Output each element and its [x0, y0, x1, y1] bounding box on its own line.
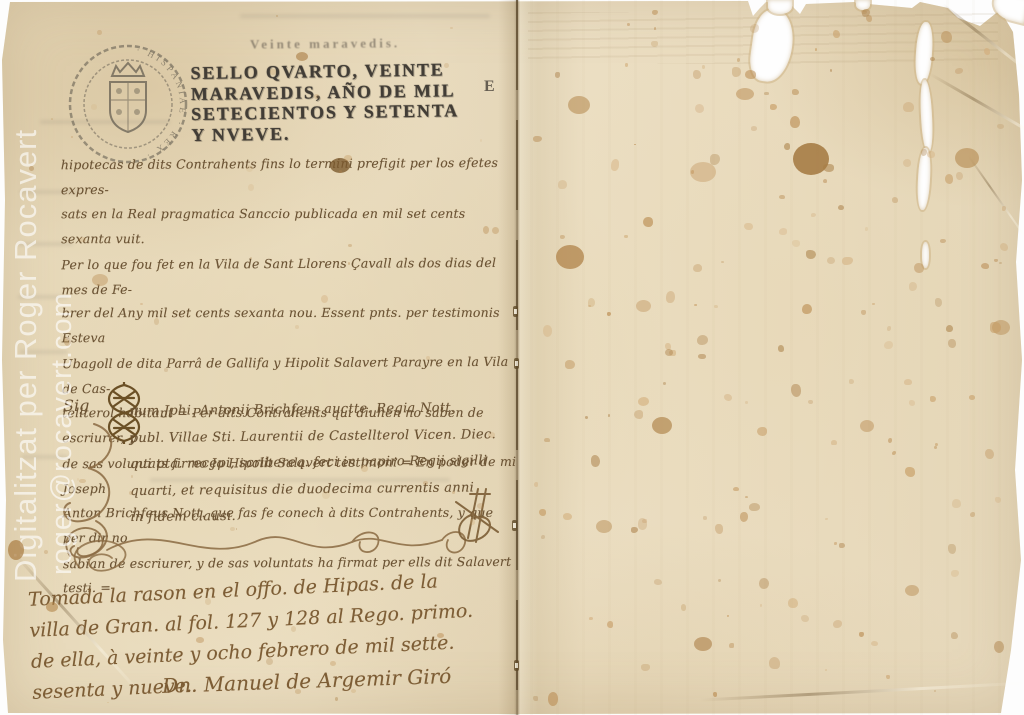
- stain-speckle: [534, 482, 538, 487]
- stain-speckle: [361, 465, 368, 471]
- stain-speckle: [596, 520, 612, 533]
- stain-speckle: [91, 104, 98, 110]
- paper-tear: [768, 0, 792, 14]
- stain-speckle: [892, 451, 896, 455]
- stain-speckle: [444, 63, 449, 68]
- stain-speckle: [833, 30, 840, 38]
- stain-speckle: [631, 527, 638, 533]
- stain-speckle: [588, 298, 595, 307]
- stain-speckle: [806, 250, 816, 258]
- stain-speckle: [634, 410, 644, 419]
- stain-speckle: [930, 396, 936, 402]
- rubric-monogram: [448, 486, 506, 550]
- stain-speckle: [914, 263, 924, 274]
- stain-speckle: [779, 228, 787, 234]
- stain-speckle: [760, 604, 762, 606]
- paper-tear: [922, 242, 929, 268]
- stain-speckle: [140, 303, 143, 305]
- stain-speckle: [792, 89, 799, 95]
- stain-speckle: [769, 657, 780, 669]
- stain-speckle: [779, 195, 784, 199]
- stain-speckle: [698, 354, 705, 359]
- stain-speckle: [904, 379, 912, 385]
- stain-speckle: [952, 499, 961, 508]
- stain-speckle: [339, 170, 342, 173]
- stain-speckle: [737, 58, 740, 62]
- manuscript-line: Per lo que fou fet en la Vila de Sant Ll…: [61, 250, 517, 302]
- notarial-line: qui pta. recepi, scribereq. feci in papi…: [130, 448, 522, 479]
- stain-speckle: [872, 303, 874, 306]
- stain-speckle: [196, 637, 203, 643]
- manuscript-line: hipotecas de dits Contrahents fins lo te…: [61, 151, 517, 203]
- stain-speckle: [903, 102, 914, 112]
- stain-speckle: [862, 9, 870, 17]
- stain-speckle: [770, 104, 776, 110]
- stain-speckle: [934, 446, 937, 449]
- stain-speckle: [46, 602, 58, 612]
- binding-stitch: [514, 660, 519, 671]
- stain-speckle: [860, 420, 874, 432]
- stain-speckle: [745, 496, 748, 498]
- stain-speckle: [834, 542, 836, 545]
- stain-speckle: [560, 235, 565, 239]
- stain-speckle: [348, 244, 352, 248]
- stain-speckle: [92, 274, 108, 286]
- stain-speckle: [205, 598, 211, 605]
- stain-speckle: [994, 259, 998, 262]
- stain-speckle: [927, 151, 934, 158]
- watermark-line1: Digitalitzat per Roger Rocavert: [8, 62, 44, 582]
- stamp-line: Y NVEVE.: [191, 120, 481, 145]
- stain-speckle: [8, 540, 24, 560]
- stain-speckle: [344, 155, 351, 161]
- stain-speckle: [544, 438, 550, 443]
- royal-seal-stamp: · HISPANIAE · REX ·: [62, 38, 194, 170]
- stain-speckle: [548, 692, 559, 706]
- stain-speckle: [694, 637, 712, 651]
- stain-speckle: [710, 154, 720, 164]
- stain-speckle: [492, 227, 499, 234]
- stamp-line: SETECIENTOS Y SETENTA: [191, 100, 481, 125]
- stain-speckle: [563, 513, 572, 520]
- stain-speckle: [274, 680, 279, 685]
- tax-stamp-text: SELLO QVARTO, VEINTE MARAVEDIS, AÑO DE M…: [190, 59, 481, 145]
- stain-speckle: [839, 543, 844, 548]
- registration-flourish: [60, 528, 260, 588]
- stain-speckle: [865, 227, 868, 230]
- stain-speckle: [64, 337, 71, 346]
- stain-speckle: [663, 382, 666, 385]
- stain-speckle: [757, 427, 767, 436]
- stray-stamp-letter: E: [484, 78, 495, 96]
- stain-speckle: [585, 416, 588, 419]
- stain-speckle: [488, 432, 495, 437]
- stain-speckle: [533, 696, 538, 702]
- stain-speckle: [871, 641, 878, 646]
- stain-speckle: [642, 519, 647, 524]
- crown-icon: [112, 63, 144, 76]
- stain-speckle: [351, 689, 356, 694]
- stain-speckle: [955, 68, 964, 74]
- stain-speckle: [1000, 243, 1008, 251]
- stain-speckle: [788, 598, 798, 608]
- stain-speckle: [859, 632, 863, 637]
- stain-speckle: [955, 148, 979, 168]
- stamp-faint-overprint: Veinte maravedis.: [250, 35, 400, 52]
- stain-speckle: [296, 52, 308, 61]
- stain-speckle: [903, 159, 911, 166]
- stain-speckle: [823, 164, 834, 172]
- stain-speckle: [568, 96, 590, 114]
- stain-speckle: [721, 261, 724, 263]
- stain-speckle: [791, 384, 801, 397]
- scanned-document: · HISPANIAE · REX · Veinte maravedis. SE…: [0, 0, 1024, 715]
- stain-speckle: [295, 325, 299, 329]
- stain-speckle: [250, 257, 252, 259]
- stain-speckle: [815, 48, 818, 51]
- stain-speckle: [941, 31, 952, 43]
- stain-speckle: [838, 205, 844, 210]
- stain-speckle: [714, 305, 717, 308]
- stain-speckle: [702, 65, 705, 68]
- stain-speckle: [321, 295, 328, 303]
- stain-speckle: [718, 579, 721, 582]
- stain-speckle: [693, 264, 701, 272]
- stain-speckle: [555, 72, 560, 77]
- stain-speckle: [666, 291, 676, 303]
- stain-speckle: [736, 88, 754, 100]
- stain-speckle: [565, 360, 575, 369]
- stain-speckle: [825, 518, 827, 521]
- stain-speckle: [558, 180, 567, 189]
- stain-speckle: [729, 643, 733, 648]
- stain-speckle: [930, 57, 935, 61]
- stain-speckle: [652, 417, 672, 434]
- stain-speckle: [270, 69, 275, 75]
- stain-speckle: [909, 282, 917, 291]
- stain-speckle: [948, 339, 956, 348]
- stain-speckle: [51, 118, 53, 120]
- stain-speckle: [811, 213, 816, 217]
- stain-speckle: [759, 578, 769, 589]
- stain-speckle: [784, 143, 790, 150]
- stain-speckle: [994, 641, 1004, 653]
- notarial-line: num Jphi. Antonij Brichfeus auctte. Regi…: [129, 395, 521, 426]
- stain-speckle: [997, 124, 1003, 129]
- stain-speckle: [348, 262, 350, 265]
- stain-speckle: [887, 326, 891, 330]
- stain-speckle: [778, 345, 784, 352]
- manuscript-line: sats en la Real pragmatica Sanccio publi…: [61, 202, 517, 252]
- stain-speckle: [984, 48, 990, 55]
- stain-speckle: [452, 491, 455, 494]
- stain-speckle: [745, 70, 756, 78]
- watermark-line2: roger@rocavert.com: [46, 275, 79, 575]
- stain-speckle: [266, 658, 273, 665]
- stain-speckle: [607, 312, 611, 316]
- stain-speckle: [888, 438, 892, 443]
- stain-speckle: [652, 10, 658, 15]
- stain-speckle: [681, 604, 687, 611]
- stain-speckle: [607, 621, 613, 628]
- stain-speckle: [230, 527, 235, 531]
- stain-speckle: [732, 67, 741, 77]
- stain-speckle: [1002, 206, 1007, 211]
- stain-speckle: [981, 263, 989, 269]
- stain-speckle: [945, 174, 954, 184]
- stain-speckle: [608, 414, 611, 416]
- stain-speckle: [636, 300, 651, 312]
- manuscript-line: brer del Any mil set cents sexanta nou. …: [62, 301, 518, 351]
- stain-speckle: [624, 235, 628, 239]
- stain-speckle: [665, 349, 673, 356]
- stain-speckle: [790, 116, 800, 128]
- stain-speckle: [751, 126, 757, 130]
- stain-speckle: [830, 69, 832, 72]
- stain-speckle: [985, 449, 994, 459]
- stain-speckle: [71, 136, 73, 138]
- stain-speckle: [79, 237, 85, 242]
- stain-speckle: [909, 400, 916, 406]
- notarial-line: publ. Villae Sti. Laurentii de Castellte…: [130, 421, 522, 452]
- stain-speckle: [744, 223, 753, 231]
- stain-speckle: [164, 368, 167, 372]
- stain-speckle: [643, 217, 653, 227]
- stain-speckle: [131, 475, 133, 477]
- stain-speckle: [539, 509, 546, 516]
- stain-speckle: [425, 646, 427, 648]
- stain-speckle: [694, 304, 697, 307]
- stain-speckle: [322, 491, 329, 499]
- stain-speckle: [792, 240, 800, 247]
- stain-speckle: [543, 325, 552, 336]
- stain-speckle: [246, 165, 253, 172]
- stain-speckle: [97, 30, 102, 35]
- stain-speckle: [641, 664, 650, 670]
- stain-speckle: [823, 179, 827, 183]
- stain-speckle: [801, 615, 808, 622]
- stain-speckle: [905, 585, 919, 596]
- stain-speckle: [969, 395, 976, 400]
- stain-speckle: [295, 689, 301, 693]
- stain-speckle: [697, 335, 708, 345]
- stain-speckle: [423, 481, 428, 485]
- stain-speckle: [905, 467, 915, 476]
- stain-speckle: [715, 524, 724, 534]
- stain-speckle: [556, 245, 584, 269]
- stain-speckle: [638, 397, 649, 406]
- stain-speckle: [450, 27, 452, 29]
- stain-speckle: [749, 503, 760, 511]
